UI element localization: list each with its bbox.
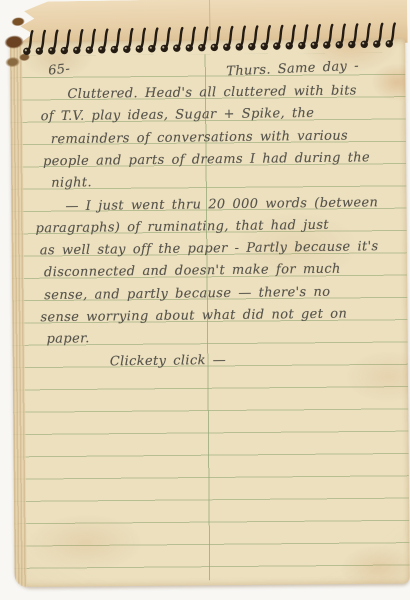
coil-loop [135,29,145,53]
handwriting-line: paper. [46,331,89,350]
handwriting-line: Clickety click — [110,352,227,371]
coil-loop [160,28,170,52]
notebook-page: 65- Thurs. Same day - Cluttered. Head's … [10,39,410,587]
coil-loop [235,27,245,51]
coil-loop [310,25,320,49]
handwriting-layer: 65- Thurs. Same day - Cluttered. Head's … [10,39,410,587]
coil-loop [335,25,345,49]
coil-loop [48,31,58,55]
coil-loop [385,24,395,48]
coil-loop [110,29,120,53]
handwriting-line: paragraphs) of ruminating, that had just [36,217,329,239]
coil-loop [148,29,158,53]
handwriting-line: sense worrying about what did not get on [40,306,347,328]
coil-loop [73,30,83,54]
coil-loop [210,27,220,51]
date-note: Thurs. Same day - [226,58,359,82]
page-number: 65- [47,61,71,81]
handwriting-line: people and parts of dreams I had during … [43,149,370,171]
coil-loop [273,26,283,50]
coil-loop [198,28,208,52]
coil-loop [98,30,108,54]
coil-loop [360,24,370,48]
coil-loop [285,26,295,50]
coil-loop [323,25,333,49]
handwriting-line: sense, and partly because — there's no [44,283,330,304]
coil-loop [348,24,358,48]
coil-loop [123,29,133,53]
coil-loop [35,31,45,55]
coil-loop [85,30,95,54]
handwriting-line: remainders of conversations with various [51,127,348,149]
coil-loop [223,27,233,51]
coil-loop [373,24,383,48]
coil-loop [298,25,308,49]
coil-loop [173,28,183,52]
handwriting-line: — I just went thru 20 000 words (between [65,194,378,216]
coil-loop [185,28,195,52]
coil-loop [60,30,70,54]
handwriting-line: night. [51,174,92,192]
handwriting-line: of T.V. play ideas, Sugar + Spike, the [41,105,315,126]
handwriting-line: as well stay off the paper - Partly beca… [40,238,379,260]
handwriting-line: Cluttered. Head's all cluttered with bit… [67,82,357,104]
handwriting-line: disconnected and doesn't make for much [44,261,341,283]
coil-loop [260,26,270,50]
notebook-photo: 65- Thurs. Same day - Cluttered. Head's … [0,0,410,600]
coil-loop [248,27,258,51]
coil-loop [23,31,33,55]
